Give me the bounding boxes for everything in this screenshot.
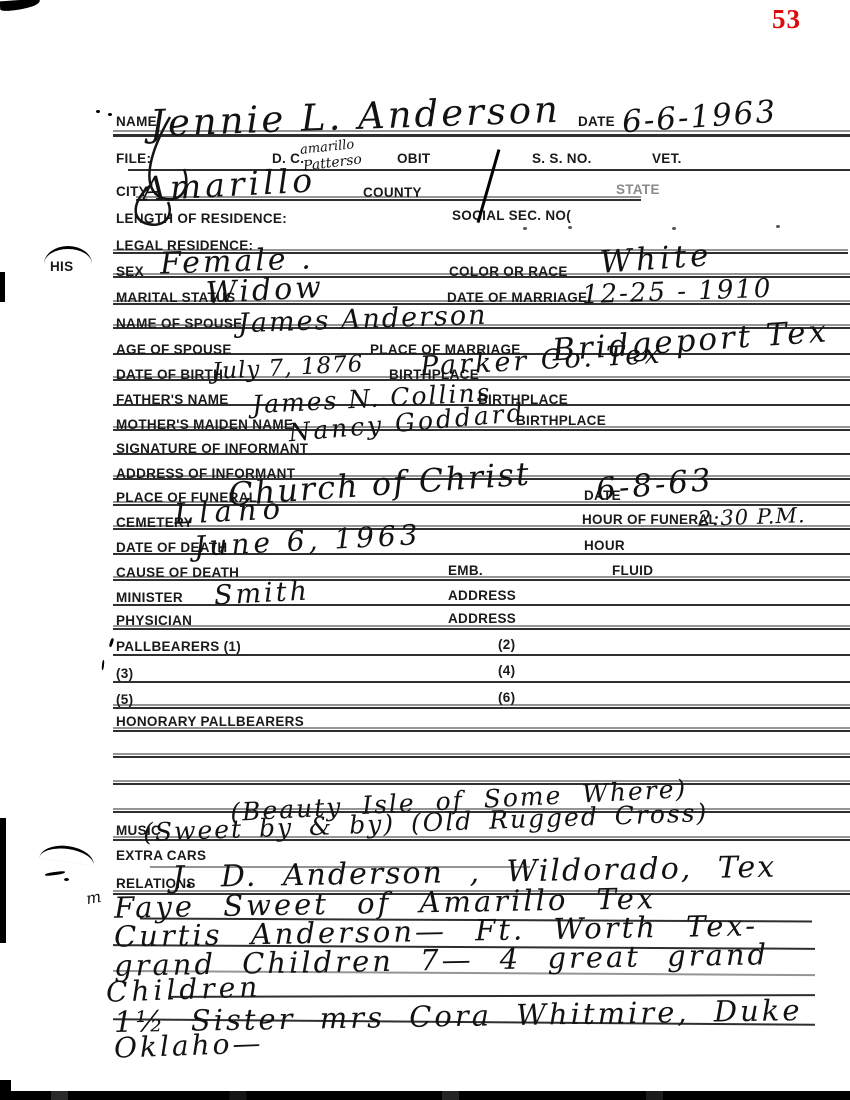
- scan-artifact: [45, 871, 65, 877]
- scan-artifact: [568, 226, 572, 229]
- handwritten-funeral-hour: 2:30 P.M.: [698, 505, 806, 530]
- ssno-label: S. S. NO.: [532, 151, 592, 166]
- date-label: DATE: [578, 114, 615, 129]
- handwritten-minister: Smith: [213, 578, 310, 610]
- rule-line: [113, 628, 850, 630]
- handwritten-relations-line5: Children: [106, 973, 262, 1006]
- scan-artifact: [101, 660, 104, 670]
- signature-of-informant-label: SIGNATURE OF INFORMANT: [116, 441, 308, 456]
- emb-label: EMB.: [448, 563, 483, 578]
- scan-artifact: [0, 0, 40, 11]
- fluid-label: FLUID: [612, 563, 653, 578]
- rule-line: [113, 654, 850, 656]
- scan-artifact: [672, 227, 676, 230]
- minister-address-label: ADDRESS: [448, 588, 516, 603]
- hour-label: HOUR: [584, 538, 625, 553]
- pallbearers-1-label: PALLBEARERS (1): [116, 639, 241, 654]
- minister-label: MINISTER: [116, 590, 183, 605]
- handwritten-cemetery: Llano: [173, 494, 286, 529]
- handwritten-race: White: [599, 240, 713, 279]
- age-of-spouse-label: AGE OF SPOUSE: [116, 342, 232, 357]
- rule-line: [113, 753, 850, 755]
- honorary-pallbearers-label: HONORARY PALLBEARERS: [116, 714, 304, 729]
- handwritten-marriage-date: 12-25 - 1910: [582, 276, 773, 309]
- mothers-maiden-name-label: MOTHER'S MAIDEN NAME: [116, 417, 293, 432]
- pallbearers-4-label: (4): [498, 663, 515, 678]
- margin-squiggle-mark: [39, 842, 96, 865]
- handwritten-marital-status: Widow: [205, 273, 324, 309]
- physician-label: PHYSICIAN: [116, 613, 192, 628]
- hour-of-funeral-label: HOUR OF FUNERAL: [582, 512, 717, 527]
- funeral-record-scan: 53 NAME DATE FILE: D. C. OBIT S. S. NO. …: [0, 0, 850, 1100]
- scan-artifact: [96, 110, 100, 113]
- vet-label: VET.: [652, 151, 682, 166]
- rule-line: [113, 681, 850, 683]
- margin-m-note: m: [85, 889, 103, 907]
- physician-address-label: ADDRESS: [448, 611, 516, 626]
- scan-artifact: [0, 272, 5, 302]
- bottom-scan-bar: [0, 1091, 850, 1100]
- scan-artifact: [0, 818, 6, 943]
- city-flourish: [126, 178, 236, 233]
- pallbearers-5-label: (5): [116, 692, 133, 707]
- scan-artifact: [108, 113, 112, 116]
- pallbearers-2-label: (2): [498, 637, 515, 652]
- rule-line: [113, 707, 850, 709]
- county-label: COUNTY: [363, 185, 422, 200]
- handwritten-relations-line7: Oklaho—: [114, 1029, 264, 1062]
- pallbearers-3-label: (3): [116, 666, 133, 681]
- date-of-birth-label: DATE OF BIRTH: [116, 367, 223, 382]
- fathers-name-label: FATHER'S NAME: [116, 392, 229, 407]
- rule-line: [113, 780, 850, 782]
- rule-line: [113, 730, 850, 732]
- his-arc-mark: [44, 246, 92, 264]
- scan-artifact: [523, 227, 527, 230]
- page-number: 53: [772, 4, 801, 35]
- name-of-spouse-label: NAME OF SPOUSE: [116, 316, 242, 331]
- scan-artifact: [776, 225, 780, 228]
- scan-artifact: [64, 878, 69, 881]
- rule-line: [113, 756, 850, 758]
- obit-label: OBIT: [397, 151, 430, 166]
- mother-birthplace-label: BIRTHPLACE: [516, 413, 606, 428]
- social-sec-label: SOCIAL SEC. NO(: [452, 208, 571, 223]
- handwritten-spouse-name: James Anderson: [238, 302, 488, 338]
- scan-artifact: [109, 638, 114, 647]
- color-or-race-label: COLOR OR RACE: [449, 264, 568, 279]
- pallbearers-6-label: (6): [498, 690, 515, 705]
- sex-label: SEX: [116, 264, 144, 279]
- rule-line: [113, 704, 850, 706]
- state-label: STATE: [616, 182, 660, 197]
- handwritten-record-date: 6-6-1963: [621, 97, 778, 139]
- handwritten-funeral-date: 6-8-63: [595, 465, 715, 506]
- cause-of-death-label: CAUSE OF DEATH: [116, 565, 239, 580]
